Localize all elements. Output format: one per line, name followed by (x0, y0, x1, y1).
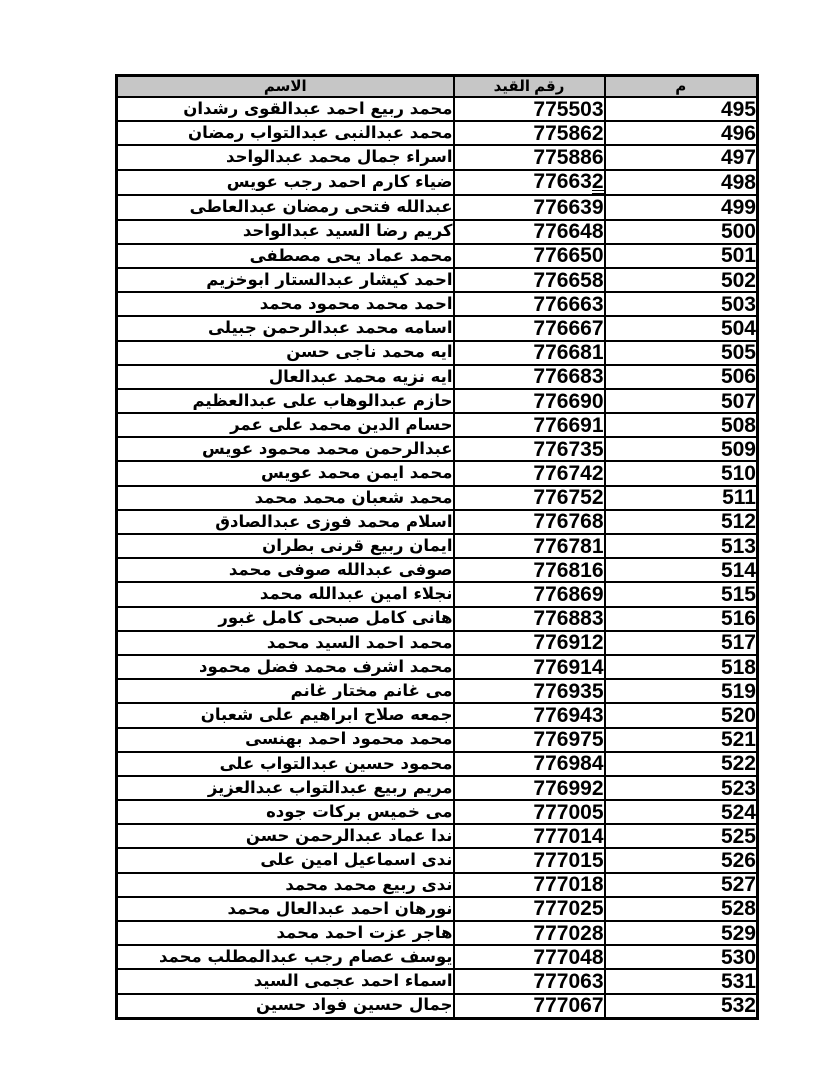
serial-cell: 504 (605, 316, 758, 340)
name-cell: نجلاء امين عبدالله محمد (117, 582, 454, 606)
registry-table: م رقم القيد الاسم 495 775503 محمد ربيع ا… (115, 74, 759, 1020)
serial-cell: 516 (605, 607, 758, 631)
registration-cell: 776639 (454, 195, 605, 219)
name-cell: عبدالله فتحى رمضان عبدالعاطى (117, 195, 454, 219)
serial-cell: 527 (605, 873, 758, 897)
registration-cell: 776667 (454, 316, 605, 340)
name-cell: هاجر عزت احمد محمد (117, 921, 454, 945)
serial-cell: 525 (605, 824, 758, 848)
serial-cell: 509 (605, 437, 758, 461)
registration-cell: 776914 (454, 655, 605, 679)
registration-cell: 776816 (454, 558, 605, 582)
table-row: 525 777014 ندا عماد عبدالرحمن حسن (117, 824, 758, 848)
header-row: م رقم القيد الاسم (117, 76, 758, 98)
registration-cell: 776992 (454, 776, 605, 800)
table-row: 516 776883 هانى كامل صبحى كامل غبور (117, 607, 758, 631)
name-cell: ندى اسماعيل امين على (117, 848, 454, 872)
serial-cell: 502 (605, 268, 758, 292)
name-cell: جمعه صلاح ابراهيم على شعبان (117, 703, 454, 727)
table-row: 506 776683 ايه نزيه محمد عبدالعال (117, 365, 758, 389)
name-cell: ضياء كارم احمد رجب عويس (117, 170, 454, 196)
table-row: 510 776742 محمد ايمن محمد عويس (117, 461, 758, 485)
registration-cell: 777067 (454, 994, 605, 1019)
registration-cell: 777014 (454, 824, 605, 848)
name-cell: محمد عبدالنبى عبدالتواب رمضان (117, 121, 454, 145)
registration-cell: 777063 (454, 969, 605, 993)
registration-cell: 776935 (454, 679, 605, 703)
serial-cell: 529 (605, 921, 758, 945)
registration-cell: 776984 (454, 752, 605, 776)
table-row: 496 775862 محمد عبدالنبى عبدالتواب رمضان (117, 121, 758, 145)
registration-cell: 776663 (454, 292, 605, 316)
table-row: 497 775886 اسراء جمال محمد عبدالواحد (117, 145, 758, 169)
name-cell: محمد محمود احمد بهنسى (117, 728, 454, 752)
table-row: 520 776943 جمعه صلاح ابراهيم على شعبان (117, 703, 758, 727)
name-cell: محمد ايمن محمد عويس (117, 461, 454, 485)
registration-cell: 776691 (454, 413, 605, 437)
table-row: 511 776752 محمد شعبان محمد محمد (117, 486, 758, 510)
registration-cell: 776768 (454, 510, 605, 534)
table-body: 495 775503 محمد ربيع احمد عبدالقوى رشدان… (117, 97, 758, 1018)
serial-cell: 507 (605, 389, 758, 413)
name-cell: ايه محمد ناجى حسن (117, 341, 454, 365)
table-row: 523 776992 مريم ربيع عبدالتواب عبدالعزيز (117, 776, 758, 800)
registration-cell: 776632 (454, 170, 605, 196)
registration-cell: 776648 (454, 220, 605, 244)
serial-cell: 532 (605, 994, 758, 1019)
registration-cell: 777005 (454, 800, 605, 824)
table-row: 504 776667 اسامه محمد عبدالرحمن جبيلى (117, 316, 758, 340)
registration-cell: 777025 (454, 897, 605, 921)
table-row: 531 777063 اسماء احمد عجمى السيد (117, 969, 758, 993)
name-cell: جمال حسين فواد حسين (117, 994, 454, 1019)
registration-cell: 776781 (454, 534, 605, 558)
column-header-serial: م (605, 76, 758, 98)
registration-cell: 776735 (454, 437, 605, 461)
name-cell: ايه نزيه محمد عبدالعال (117, 365, 454, 389)
name-cell: اسلام محمد فوزى عبدالصادق (117, 510, 454, 534)
name-cell: محمد عماد يحى مصطفى (117, 244, 454, 268)
registration-cell: 777015 (454, 848, 605, 872)
table-row: 505 776681 ايه محمد ناجى حسن (117, 341, 758, 365)
serial-cell: 514 (605, 558, 758, 582)
serial-cell: 497 (605, 145, 758, 169)
serial-cell: 498 (605, 170, 758, 196)
serial-cell: 512 (605, 510, 758, 534)
serial-cell: 520 (605, 703, 758, 727)
table-row: 519 776935 مى غانم مختار غانم (117, 679, 758, 703)
column-header-registration: رقم القيد (454, 76, 605, 98)
table-row: 507 776690 حازم عبدالوهاب على عبدالعظيم (117, 389, 758, 413)
serial-cell: 526 (605, 848, 758, 872)
name-cell: اسامه محمد عبدالرحمن جبيلى (117, 316, 454, 340)
table-row: 530 777048 يوسف عصام رجب عبدالمطلب محمد (117, 945, 758, 969)
column-header-name: الاسم (117, 76, 454, 98)
serial-cell: 503 (605, 292, 758, 316)
registration-cell: 776912 (454, 631, 605, 655)
name-cell: مى خميس بركات جوده (117, 800, 454, 824)
table-row: 495 775503 محمد ربيع احمد عبدالقوى رشدان (117, 97, 758, 121)
registration-cell: 776883 (454, 607, 605, 631)
registration-cell: 776658 (454, 268, 605, 292)
serial-cell: 511 (605, 486, 758, 510)
table-row: 513 776781 ايمان ربيع قرنى بطران (117, 534, 758, 558)
name-cell: حسام الدين محمد على عمر (117, 413, 454, 437)
table-row: 526 777015 ندى اسماعيل امين على (117, 848, 758, 872)
table-row: 512 776768 اسلام محمد فوزى عبدالصادق (117, 510, 758, 534)
serial-cell: 505 (605, 341, 758, 365)
table-row: 518 776914 محمد اشرف محمد فضل محمود (117, 655, 758, 679)
name-cell: كريم رضا السيد عبدالواحد (117, 220, 454, 244)
table-row: 499 776639 عبدالله فتحى رمضان عبدالعاطى (117, 195, 758, 219)
name-cell: مى غانم مختار غانم (117, 679, 454, 703)
serial-cell: 528 (605, 897, 758, 921)
serial-cell: 506 (605, 365, 758, 389)
registration-cell: 777048 (454, 945, 605, 969)
serial-cell: 495 (605, 97, 758, 121)
table-row: 522 776984 محمود حسين عبدالتواب على (117, 752, 758, 776)
serial-cell: 518 (605, 655, 758, 679)
registration-cell: 775503 (454, 97, 605, 121)
registration-cell: 775886 (454, 145, 605, 169)
name-cell: محمد احمد السيد محمد (117, 631, 454, 655)
name-cell: هانى كامل صبحى كامل غبور (117, 607, 454, 631)
registration-cell: 776683 (454, 365, 605, 389)
table-row: 514 776816 صوفى عبدالله صوفى محمد (117, 558, 758, 582)
table-row: 517 776912 محمد احمد السيد محمد (117, 631, 758, 655)
serial-cell: 521 (605, 728, 758, 752)
name-cell: محمد شعبان محمد محمد (117, 486, 454, 510)
registration-cell: 776869 (454, 582, 605, 606)
scanned-page: { "colors": { "page_bg": "#ffffff", "hea… (0, 0, 826, 1069)
registration-cell: 775862 (454, 121, 605, 145)
table-row: 515 776869 نجلاء امين عبدالله محمد (117, 582, 758, 606)
table-row: 502 776658 احمد كيشار عبدالستار ابوخزيم (117, 268, 758, 292)
registration-cell: 776752 (454, 486, 605, 510)
name-cell: صوفى عبدالله صوفى محمد (117, 558, 454, 582)
name-cell: ندى ربيع محمد محمد (117, 873, 454, 897)
serial-cell: 519 (605, 679, 758, 703)
registration-cell: 777028 (454, 921, 605, 945)
serial-cell: 496 (605, 121, 758, 145)
serial-cell: 501 (605, 244, 758, 268)
table-row: 500 776648 كريم رضا السيد عبدالواحد (117, 220, 758, 244)
table-row: 503 776663 احمد محمد محمود محمد (117, 292, 758, 316)
registration-cell: 776742 (454, 461, 605, 485)
name-cell: احمد محمد محمود محمد (117, 292, 454, 316)
serial-cell: 510 (605, 461, 758, 485)
table-row: 532 777067 جمال حسين فواد حسين (117, 994, 758, 1019)
serial-cell: 499 (605, 195, 758, 219)
name-cell: احمد كيشار عبدالستار ابوخزيم (117, 268, 454, 292)
serial-cell: 515 (605, 582, 758, 606)
name-cell: حازم عبدالوهاب على عبدالعظيم (117, 389, 454, 413)
document-sheet: م رقم القيد الاسم 495 775503 محمد ربيع ا… (115, 74, 759, 1020)
serial-cell: 508 (605, 413, 758, 437)
name-cell: عبدالرحمن محمد محمود عويس (117, 437, 454, 461)
registration-cell: 776681 (454, 341, 605, 365)
name-cell: نورهان احمد عبدالعال محمد (117, 897, 454, 921)
registration-cell: 776690 (454, 389, 605, 413)
serial-cell: 523 (605, 776, 758, 800)
name-cell: ندا عماد عبدالرحمن حسن (117, 824, 454, 848)
registration-cell: 776943 (454, 703, 605, 727)
name-cell: محمد اشرف محمد فضل محمود (117, 655, 454, 679)
serial-cell: 531 (605, 969, 758, 993)
name-cell: مريم ربيع عبدالتواب عبدالعزيز (117, 776, 454, 800)
table-row: 501 776650 محمد عماد يحى مصطفى (117, 244, 758, 268)
table-row: 528 777025 نورهان احمد عبدالعال محمد (117, 897, 758, 921)
name-cell: محمود حسين عبدالتواب على (117, 752, 454, 776)
registration-cell: 776650 (454, 244, 605, 268)
registration-cell: 777018 (454, 873, 605, 897)
name-cell: يوسف عصام رجب عبدالمطلب محمد (117, 945, 454, 969)
table-row: 524 777005 مى خميس بركات جوده (117, 800, 758, 824)
name-cell: محمد ربيع احمد عبدالقوى رشدان (117, 97, 454, 121)
table-header: م رقم القيد الاسم (117, 76, 758, 98)
table-row: 527 777018 ندى ربيع محمد محمد (117, 873, 758, 897)
serial-cell: 524 (605, 800, 758, 824)
table-row: 529 777028 هاجر عزت احمد محمد (117, 921, 758, 945)
double-underline-mark: 2 (592, 173, 604, 195)
name-cell: ايمان ربيع قرنى بطران (117, 534, 454, 558)
name-cell: اسماء احمد عجمى السيد (117, 969, 454, 993)
serial-cell: 517 (605, 631, 758, 655)
table-row: 508 776691 حسام الدين محمد على عمر (117, 413, 758, 437)
table-row: 498 776632 ضياء كارم احمد رجب عويس (117, 170, 758, 196)
registration-cell: 776975 (454, 728, 605, 752)
serial-cell: 530 (605, 945, 758, 969)
serial-cell: 522 (605, 752, 758, 776)
name-cell: اسراء جمال محمد عبدالواحد (117, 145, 454, 169)
serial-cell: 513 (605, 534, 758, 558)
table-row: 521 776975 محمد محمود احمد بهنسى (117, 728, 758, 752)
serial-cell: 500 (605, 220, 758, 244)
table-row: 509 776735 عبدالرحمن محمد محمود عويس (117, 437, 758, 461)
